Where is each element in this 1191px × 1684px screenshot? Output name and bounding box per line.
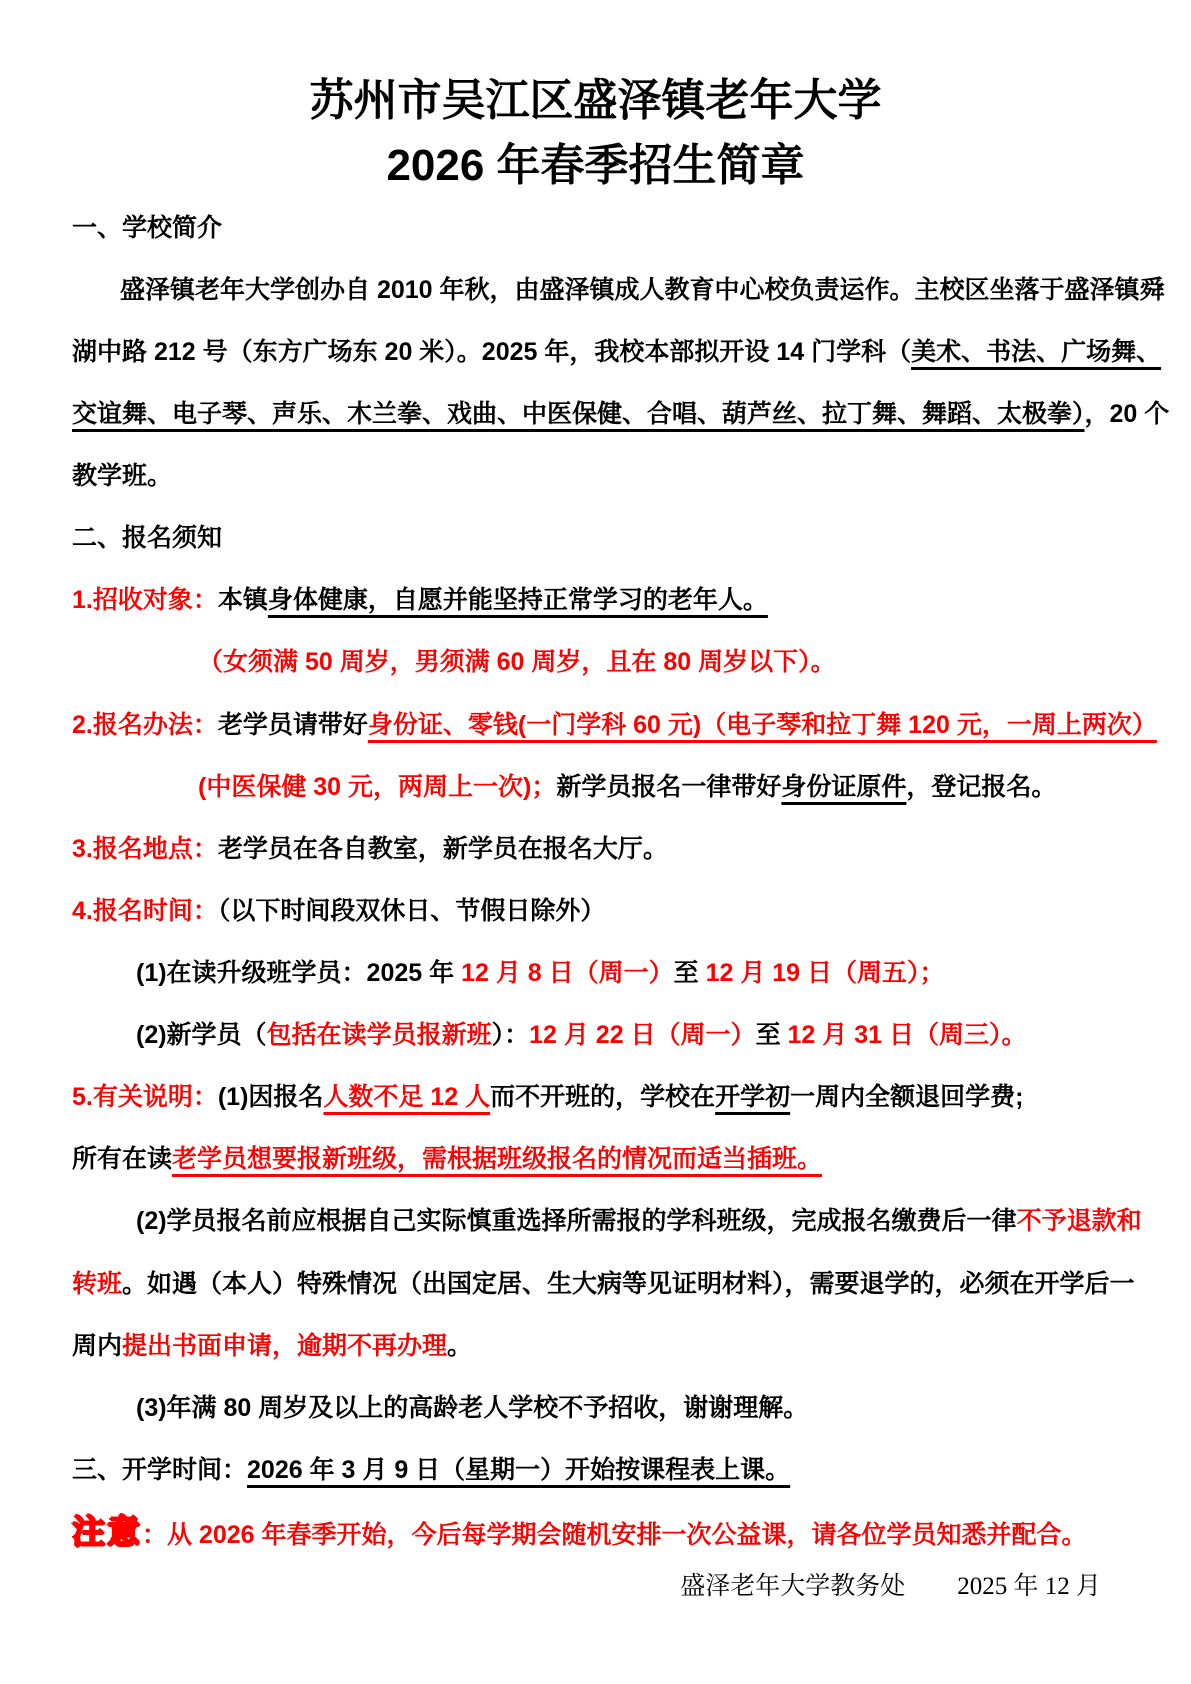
date-range-red: 12 月 19 日（周五）； xyxy=(706,959,945,987)
text-segment: ）： xyxy=(492,1021,530,1049)
item-5-sub2-line3: 周内提出书面申请，逾期不再办理。 xyxy=(72,1315,472,1377)
text-segment-red-underlined: 老学员想要报新班级，需根据班级报名的情况而适当插班。 xyxy=(172,1145,822,1173)
item-4-registration-time: 4.报名时间：（以下时间段双休日、节假日除外） xyxy=(72,880,605,942)
text-segment: 而不开班的，学校在 xyxy=(490,1083,715,1111)
item-5-explanation-line2: 所有在读老学员想要报新班级，需根据班级报名的情况而适当插班。 xyxy=(72,1128,822,1190)
text-segment: 盛泽镇老年大学创办自 2010 年秋，由盛泽镇成人教育中心校负责运作。主校区坐落… xyxy=(120,276,1165,304)
text-segment-underlined: 开学初 xyxy=(715,1083,790,1111)
text-segment: （女须满 50 周岁，男须满 60 周岁，且在 80 周岁以下）。 xyxy=(198,648,836,676)
item-2-registration-method-line1: 2.报名办法：老学员请带好身份证、零钱(一门学科 60 元)（电子琴和拉丁舞 1… xyxy=(72,694,1157,756)
item-5-sub2-line2: 转班。如遇（本人）特殊情况（出国定居、生大病等见证明材料），需要退学的，必须在开… xyxy=(72,1253,1135,1315)
text-segment: 湖中路 212 号（东方广场东 20 米）。2025 年，我校本部拟开设 14 … xyxy=(72,338,911,366)
item-1-recruit-target: 1.招收对象：本镇身体健康，自愿并能坚持正常学习的老年人。 xyxy=(72,569,768,631)
intro-paragraph-line4: 教学班。 xyxy=(72,445,172,507)
item-4-sub1-upgrade-students: (1)在读升级班学员：2025 年 12 月 8 日（周一）至 12 月 19 … xyxy=(136,942,945,1004)
text-segment-red: 提出书面申请，逾期不再办理 xyxy=(122,1332,447,1360)
text-segment: (1)在读升级班学员：2025 年 xyxy=(136,959,461,987)
text-segment: (3)年满 80 周岁及以上的高龄老人学校不予招收，谢谢理解。 xyxy=(136,1394,808,1422)
item-label: 4.报名时间： xyxy=(72,897,218,925)
text-segment: （以下时间段双休日、节假日除外） xyxy=(218,897,606,925)
document-page: 苏州市吴江区盛泽镇老年大学 2026 年春季招生简章 一、学校简介 盛泽镇老年大… xyxy=(0,0,1191,1684)
text-segment: ，登记报名。 xyxy=(906,773,1056,801)
item-label: 1.招收对象： xyxy=(72,586,218,614)
text-segment: 一周内全额退回学费; xyxy=(790,1083,1023,1111)
start-date-underlined: 2026 年 3 月 9 日（星期一）开始按课程表上课。 xyxy=(247,1456,790,1484)
section-label: 三、开学时间： xyxy=(72,1456,247,1484)
footer-date: 2025 年 12 月 xyxy=(957,1573,1101,1600)
text-segment: (中医保健 30 元，两周上一次)； xyxy=(198,773,556,801)
text-segment-red: 包括在读学员报新班 xyxy=(267,1021,492,1049)
text-segment-red: 转班 xyxy=(72,1270,122,1298)
notice-text: ：从 2026 年春季开始，今后每学期会随机安排一次公益课，请各位学员知悉并配合… xyxy=(142,1521,1087,1549)
text-segment: (2)新学员（ xyxy=(136,1021,267,1049)
subject-list-underlined: 交谊舞、电子琴、声乐、木兰拳、戏曲、中医保健、合唱、葫芦丝、拉丁舞、舞蹈、太极拳… xyxy=(72,400,1085,428)
footer-department: 盛泽老年大学教务处 xyxy=(680,1573,905,1600)
text-segment: 二、报名须知 xyxy=(72,524,222,552)
text-segment: 新学员报名一律带好 xyxy=(556,773,781,801)
text-segment: 本镇 xyxy=(218,586,268,614)
footer-signature: 盛泽老年大学教务处2025 年 12 月 xyxy=(680,1562,1101,1612)
intro-paragraph-line2: 湖中路 212 号（东方广场东 20 米）。2025 年，我校本部拟开设 14 … xyxy=(72,321,1161,383)
item-label: 5.有关说明： xyxy=(72,1083,218,1111)
text-segment-underlined: 身体健康，自愿并能坚持正常学习的老年人。 xyxy=(268,586,768,614)
item-2-registration-method-line2: (中医保健 30 元，两周上一次)；新学员报名一律带好身份证原件，登记报名。 xyxy=(198,756,1056,818)
section-heading-registration-notes: 二、报名须知 xyxy=(72,507,222,569)
item-5-sub2-line1: (2)学员报名前应根据自己实际慎重选择所需报的学科班级，完成报名缴费后一律不予退… xyxy=(136,1190,1142,1252)
text-segment: 所有在读 xyxy=(72,1145,172,1173)
date-range-red: 12 月 22 日（周一） xyxy=(529,1021,755,1049)
text-segment: 。如遇（本人）特殊情况（出国定居、生大病等见证明材料），需要退学的，必须在开学后… xyxy=(122,1270,1135,1298)
subject-list-underlined: 美术、书法、广场舞、 xyxy=(911,338,1161,366)
notice-line: 注意：从 2026 年春季开始，今后每学期会随机安排一次公益课，请各位学员知悉并… xyxy=(72,1501,1087,1563)
item-label: 3.报名地点： xyxy=(72,835,218,863)
text-segment: 老学员在各自教室，新学员在报名大厅。 xyxy=(218,835,668,863)
document-title-line1: 苏州市吴江区盛泽镇老年大学 xyxy=(0,67,1191,135)
text-segment: 教学班。 xyxy=(72,462,172,490)
text-segment: 至 xyxy=(756,1021,788,1049)
text-segment: ，20 个 xyxy=(1085,400,1170,428)
document-title-line2: 2026 年春季招生简章 xyxy=(0,132,1191,200)
date-range-red: 12 月 8 日（周一） xyxy=(461,959,674,987)
item-3-registration-place: 3.报名地点：老学员在各自教室，新学员在报名大厅。 xyxy=(72,818,668,880)
item-5-explanation-line1: 5.有关说明：(1)因报名人数不足 12 人而不开班的，学校在开学初一周内全额退… xyxy=(72,1066,1023,1128)
section-heading-school-start: 三、开学时间：2026 年 3 月 9 日（星期一）开始按课程表上课。 xyxy=(72,1439,790,1501)
text-segment-red-underlined: 身份证、零钱(一门学科 60 元)（电子琴和拉丁舞 120 元，一周上两次） xyxy=(368,711,1157,739)
text-segment: 至 xyxy=(674,959,706,987)
text-segment: 周内 xyxy=(72,1332,122,1360)
text-segment: (1)因报名 xyxy=(218,1083,324,1111)
intro-paragraph-line1: 盛泽镇老年大学创办自 2010 年秋，由盛泽镇成人教育中心校负责运作。主校区坐落… xyxy=(120,259,1165,321)
item-1-age-requirement: （女须满 50 周岁，男须满 60 周岁，且在 80 周岁以下）。 xyxy=(198,631,836,693)
text-segment: 一、学校简介 xyxy=(72,214,222,242)
text-segment-red-underlined: 人数不足 12 人 xyxy=(323,1083,490,1111)
text-segment: 。 xyxy=(447,1332,472,1360)
text-segment-underlined: 身份证原件 xyxy=(781,773,906,801)
intro-paragraph-line3: 交谊舞、电子琴、声乐、木兰拳、戏曲、中医保健、合唱、葫芦丝、拉丁舞、舞蹈、太极拳… xyxy=(72,383,1169,445)
text-segment: 老学员请带好 xyxy=(218,711,368,739)
item-label: 2.报名办法： xyxy=(72,711,218,739)
item-5-sub3-age-limit: (3)年满 80 周岁及以上的高龄老人学校不予招收，谢谢理解。 xyxy=(136,1377,808,1439)
text-segment: (2)学员报名前应根据自己实际慎重选择所需报的学科班级，完成报名缴费后一律 xyxy=(136,1207,1017,1235)
item-4-sub2-new-students: (2)新学员（包括在读学员报新班）：12 月 22 日（周一）至 12 月 31… xyxy=(136,1004,1026,1066)
date-range-red: 12 月 31 日（周三）。 xyxy=(788,1021,1027,1049)
notice-word: 注意 xyxy=(72,1513,142,1550)
text-segment-red: 不予退款和 xyxy=(1017,1207,1142,1235)
section-heading-school-intro: 一、学校简介 xyxy=(72,197,222,259)
